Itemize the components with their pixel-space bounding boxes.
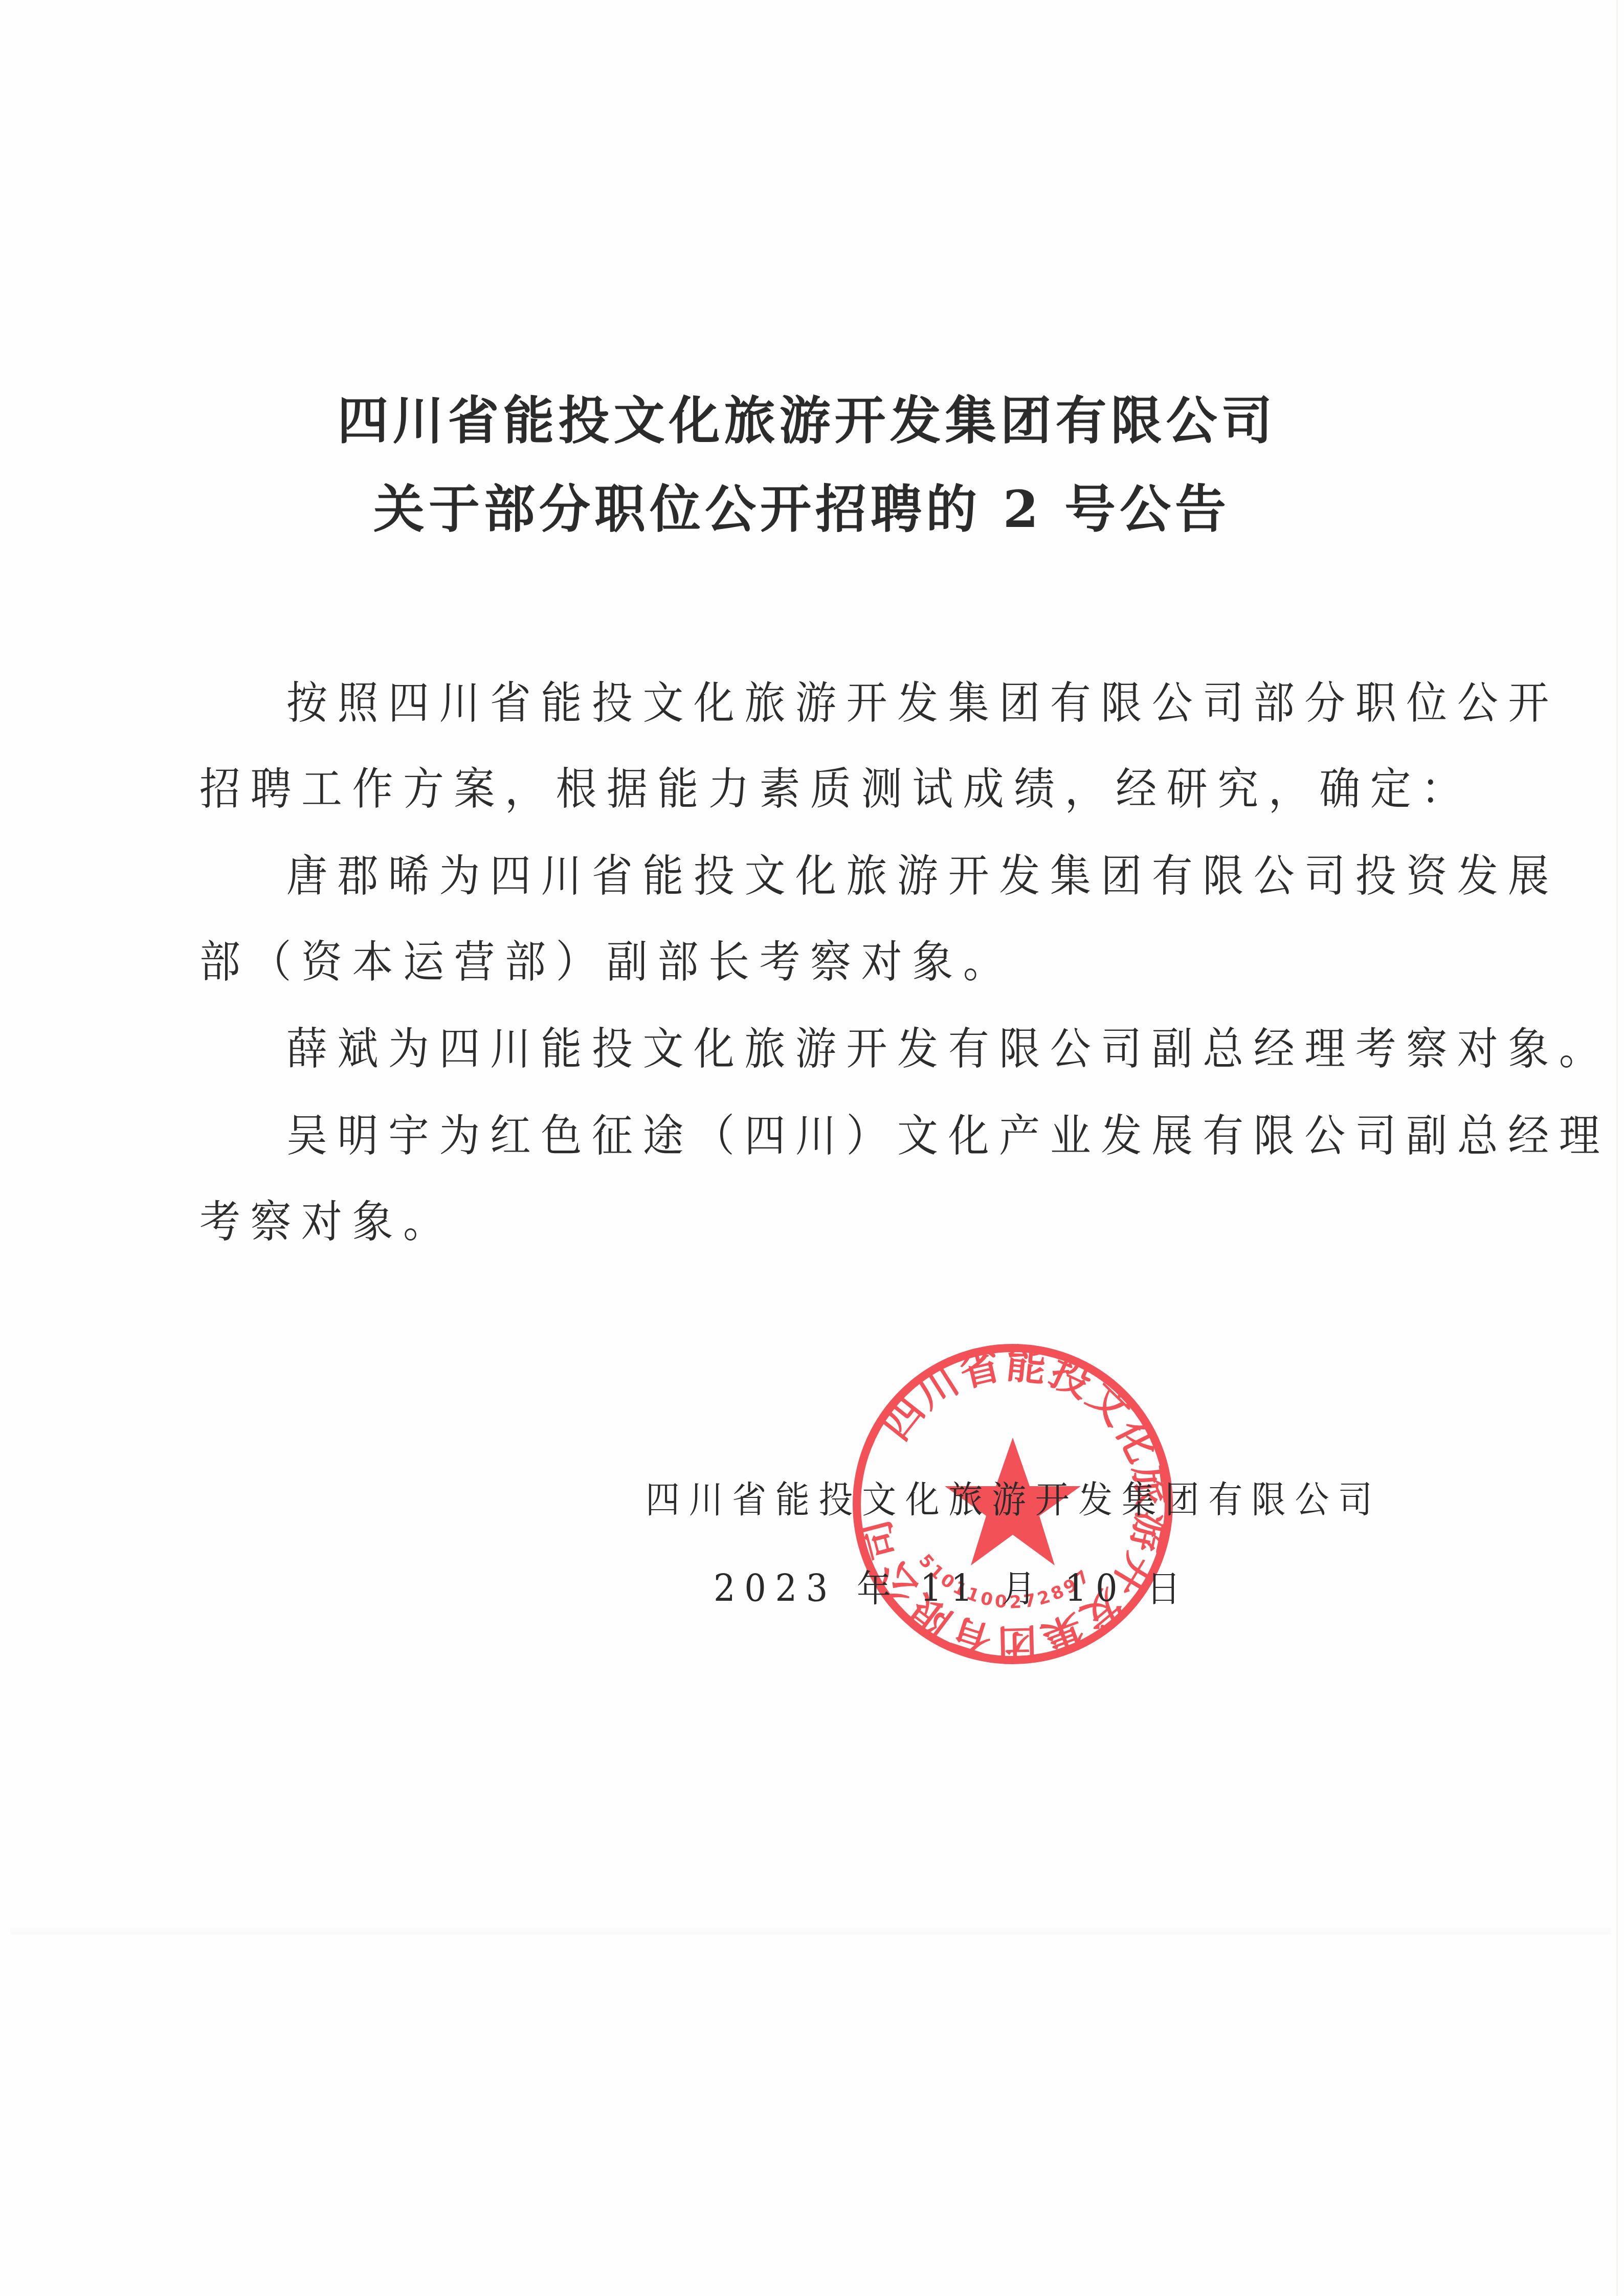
paragraph-4-line-2: 考察对象。 (199, 1194, 454, 1250)
paragraph-1-line-2: 招聘工作方案，根据能力素质测试成绩，经研究，确定： (199, 761, 1472, 818)
paragraph-2-line-1: 唐郡晞为四川省能投文化旅游开发集团有限公司投资发展 (286, 848, 1559, 904)
paragraph-3-line-1: 薛斌为四川能投文化旅游开发有限公司副总经理考察对象。 (286, 1021, 1610, 1077)
signature-organization: 四川省能投文化旅游开发集团有限公司 (646, 1476, 1382, 1522)
scan-edge-artifact (1616, 0, 1618, 2296)
document-title-line-1: 四川省能投文化旅游开发集团有限公司 (0, 390, 1619, 451)
paragraph-1-line-1: 按照四川省能投文化旅游开发集团有限公司部分职位公开 (286, 675, 1559, 732)
scan-line-artifact (10, 1928, 1611, 1935)
document-page: 四川省能投文化旅游开发集团有限公司 关于部分职位公开招聘的 2 号公告 按照四川… (0, 0, 1624, 2296)
signature-date: 2023 年 11 月 10 日 (714, 1565, 1190, 1611)
paragraph-2-line-2: 部（资本运营部）副部长考察对象。 (199, 934, 1014, 990)
document-title-line-2: 关于部分职位公开招聘的 2 号公告 (0, 478, 1614, 540)
paragraph-4-line-1: 吴明宇为红色征途（四川）文化产业发展有限公司副总经理 (286, 1108, 1610, 1164)
